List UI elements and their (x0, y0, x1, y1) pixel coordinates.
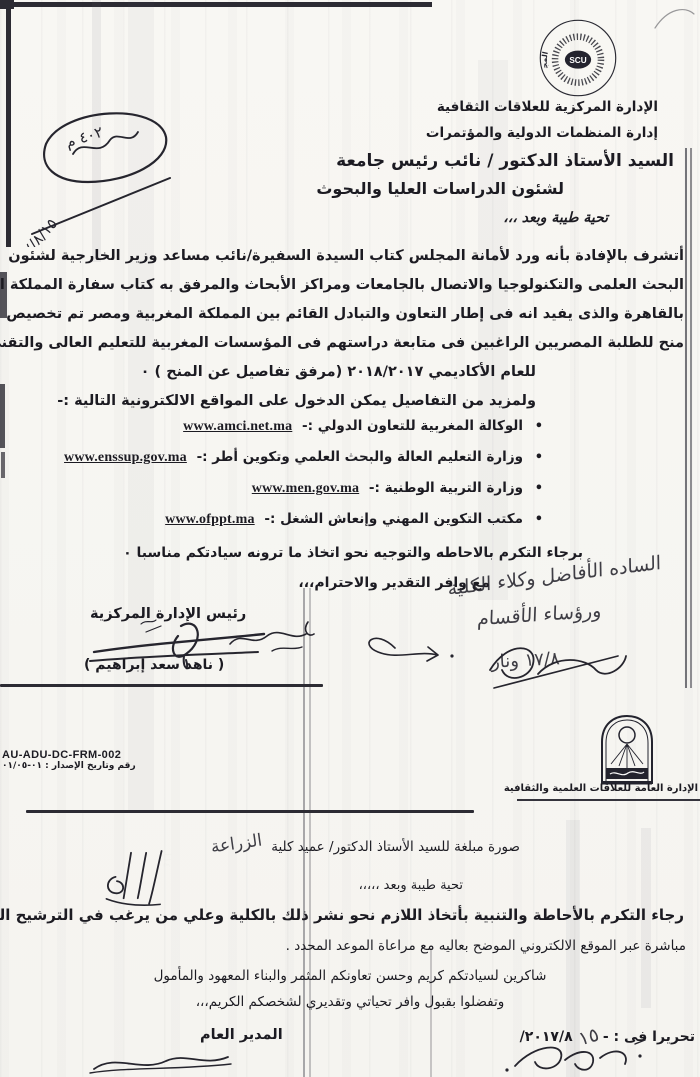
website-label: الوكالة المغربية للتعاون الدولي :- (302, 418, 523, 434)
body-line: ولمزيد من التفاصيل يمكن الدخول على الموا… (22, 387, 684, 416)
memo-line: رجاء التكرم بالأحاطة والتنبية بأتخاذ الل… (18, 906, 684, 924)
scan-edge-mark (0, 384, 5, 448)
routing-scribbles (280, 598, 680, 695)
website-url: www.men.gov.ma (252, 481, 359, 496)
website-list-item: وزارة التربية الوطنية :- www.men.gov.ma (64, 477, 543, 499)
memo-line: شاكرين لسيادتكم كريم وحسن تعاونكم المثمر… (0, 968, 700, 984)
website-list-item: وزارة التعليم العالة والبحث العلمي وتكوي… (64, 446, 543, 468)
director-signature-scribble (86, 1049, 236, 1077)
form-code: AU-ADU-DC-FRM-002 (2, 749, 136, 761)
website-url: www.amci.net.ma (183, 419, 292, 434)
director-title: المدير العام (200, 1027, 283, 1043)
website-url: www.enssup.gov.ma (64, 450, 187, 465)
scu-seal-icon: المجلس الأعلى للجامعات SCU (537, 16, 619, 100)
memo-to-line: صورة مبلغة للسيد الأستاذ الدكتور/ عميد ك… (211, 836, 520, 856)
university-department: الإدارة العامة للعلاقات العلمية والثقافي… (522, 783, 698, 794)
website-label: وزارة التربية الوطنية :- (369, 480, 523, 496)
body-line: بالقاهرة والذى يفيد انه فى إطار التعاون … (22, 300, 684, 329)
form-footer: AU-ADU-DC-FRM-002 رقم وتاريخ الإصدار : ٠… (2, 749, 136, 771)
website-label: مكتب التكوين المهني وإنعاش الشغل :- (264, 511, 523, 527)
memo-salutation: تحية طيبة وبعد ،،،،، (359, 878, 463, 893)
website-url: www.ofppt.ma (165, 512, 255, 527)
memo-line: مباشرة عبر الموقع الالكتروني الموضح بعال… (286, 938, 686, 954)
website-list-item: مكتب التكوين المهني وإنعاش الشغل :- www.… (64, 508, 543, 530)
scan-left-border (6, 0, 11, 247)
body-line: للعام الأكاديمي ٢٠١٨/٢٠١٧ (مرفق تفاصيل ع… (22, 358, 684, 387)
pencil-mark (650, 0, 698, 34)
admin-line-2: إدارة المنظمات الدولية والمؤتمرات (426, 125, 658, 141)
assiut-university-logo (596, 712, 658, 786)
body-line: البحث العلمى والتكنولوجيا والاتصال بالجا… (22, 271, 684, 300)
signatory-name: ( ناهد سعد إبراهيم ) (84, 657, 224, 673)
recipient-line-1: السيد الأستاذ الدكتور / نائب رئيس جامعة (336, 151, 674, 171)
memo-signature-scribble (495, 1036, 655, 1077)
memo-to-text: صورة مبلغة للسيد الأستاذ الدكتور/ عميد ك… (271, 839, 520, 855)
body-line: منح للطلبة المصريين الراغبين فى متابعة د… (22, 329, 684, 358)
salutation: تحية طيبة وبعد ،،، (503, 210, 608, 226)
scan-top-border (0, 2, 432, 7)
scan-streak-line (685, 148, 687, 688)
website-label: وزارة التعليم العالة والبحث العلمي وتكوي… (197, 449, 523, 465)
form-issue-line: رقم وتاريخ الإصدار : ٠١-٠١/٠٥ (2, 761, 136, 771)
closing-request: برجاء التكرم بالاحاطه والتوجيه نحو اتخاذ… (123, 545, 583, 561)
scan-edge-mark (1, 452, 5, 478)
margin-mark-text: ١١٤ (160, 851, 173, 868)
scan-corner-blob (0, 0, 14, 9)
website-list: الوكالة المغربية للتعاون الدولي :- www.a… (64, 415, 543, 539)
scan-streak-line (690, 148, 692, 688)
received-stamp-scribble: ٤٠٢ م ١٧/٨/١٥ (18, 82, 188, 247)
faculty-name-handwritten: الزراعة (210, 831, 264, 858)
department-underline (517, 799, 700, 801)
website-list-item: الوكالة المغربية للتعاون الدولي :- www.a… (64, 415, 543, 437)
signature-divider-line (0, 684, 323, 687)
body-line: أتشرف بالإفادة بأنه ورد لأمانة المجلس كت… (22, 242, 684, 271)
scanned-letter-page: ٤٠٢ م ١٧/٨/١٥ المجلس الأعلى للجامعات SCU… (0, 0, 700, 1077)
margin-mark-scribble: ١١٤ (94, 835, 183, 915)
letter-body: أتشرف بالإفادة بأنه ورد لأمانة المجلس كت… (22, 242, 684, 416)
memo-line: وتفضلوا بقبول وافر تحياتي وتقديري لشخصكم… (0, 994, 700, 1010)
side-scribble (222, 624, 312, 656)
recipient-line-2: لشئون الدراسات العليا والبحوث (316, 179, 564, 198)
admin-line-1: الإدارة المركزية للعلاقات الثقافية (437, 99, 658, 115)
seal-abbr-text: SCU (569, 56, 586, 65)
section-separator-line (26, 810, 474, 813)
